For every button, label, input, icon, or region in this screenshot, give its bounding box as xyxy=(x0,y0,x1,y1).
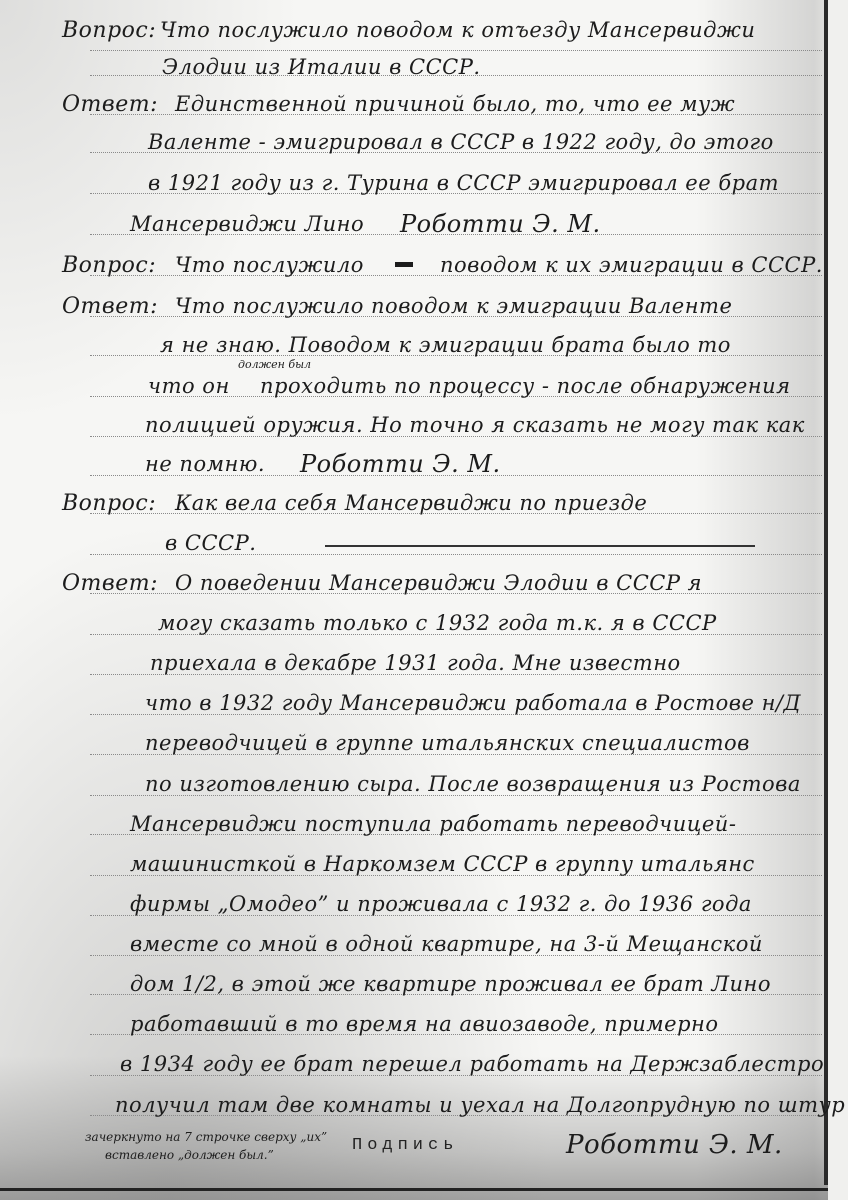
handwritten-line: работавший в то время на авиозаводе, при… xyxy=(130,1012,719,1036)
handwritten-line: по изготовлению сыра. После возвращения … xyxy=(145,772,801,796)
right-margin xyxy=(828,0,848,1200)
correction-note-line: зачеркнуто на 7 строчке сверху „их” xyxy=(85,1130,327,1144)
handwritten-line: приехала в декабре 1931 года. Мне извест… xyxy=(150,651,681,675)
handwritten-line: Что послужило xyxy=(175,253,364,277)
question-label: Вопрос: xyxy=(62,253,156,278)
handwritten-line: Что послужило поводом к эмиграции Валент… xyxy=(175,294,732,318)
handwritten-line: Единственной причиной было, то, что ее м… xyxy=(175,92,735,116)
handwritten-line: переводчицей в группе итальянских специа… xyxy=(145,731,750,755)
handwritten-line: фирмы „Омодео” и проживала с 1932 г. до … xyxy=(130,892,752,916)
handwritten-line: не помню. xyxy=(145,452,265,476)
fill-line xyxy=(325,545,755,547)
handwritten-line: Что послужило поводом к отъезду Мансерви… xyxy=(160,18,755,42)
answer-label: Ответ: xyxy=(62,294,158,319)
handwritten-line: дом 1/2, в этой же квартире проживал ее … xyxy=(130,972,771,996)
handwritten-line: проходить по процессу - после обнаружени… xyxy=(260,374,791,398)
signature: Роботти Э. М. xyxy=(400,210,601,238)
ruled-line xyxy=(90,50,822,51)
handwritten-line: Мансервиджи поступила работать переводчи… xyxy=(130,812,736,836)
final-signature: Роботти Э. М. xyxy=(566,1130,783,1160)
handwritten-line: что он xyxy=(148,374,230,398)
printed-signature-label: Подпись xyxy=(352,1136,458,1155)
handwritten-line: я не знаю. Поводом к эмиграции брата был… xyxy=(160,333,731,357)
handwritten-line: что в 1932 году Мансервиджи работала в Р… xyxy=(145,691,801,715)
handwritten-line: в СССР. xyxy=(165,531,256,555)
handwritten-line: Как вела себя Мансервиджи по приезде xyxy=(175,491,647,515)
handwritten-line: вместе со мной в одной квартире, на 3-й … xyxy=(130,932,763,956)
page-bottom-edge xyxy=(0,1188,828,1191)
handwritten-line: в 1921 году из г. Турина в СССР эмигриро… xyxy=(148,171,779,195)
answer-label: Ответ: xyxy=(62,571,158,596)
handwritten-line: в 1934 году ее брат перешел работать на … xyxy=(120,1052,824,1076)
handwritten-line: поводом к их эмиграции в СССР. xyxy=(440,253,823,277)
correction-note-line: вставлено „должен был.” xyxy=(105,1148,274,1162)
question-label: Вопрос: xyxy=(62,491,156,516)
handwritten-line: Мансервиджи Лино xyxy=(130,212,364,236)
handwritten-line: машинисткой в Наркомзем СССР в группу ит… xyxy=(130,852,755,876)
struck-word-mark xyxy=(395,262,413,267)
handwritten-line: Валенте - эмигрировал в СССР в 1922 году… xyxy=(148,130,774,154)
handwritten-line: Элодии из Италии в СССР. xyxy=(162,55,481,79)
signature: Роботти Э. М. xyxy=(300,450,501,478)
handwritten-line: О поведении Мансервиджи Элодии в СССР я xyxy=(175,571,702,595)
handwritten-line: полицией оружия. Но точно я сказать не м… xyxy=(145,413,805,437)
question-label: Вопрос: xyxy=(62,18,156,43)
answer-label: Ответ: xyxy=(62,92,158,117)
page-binding-edge xyxy=(824,0,828,1185)
handwritten-line: получил там две комнаты и уехал на Долго… xyxy=(115,1093,845,1117)
inserted-text: должен был xyxy=(238,358,311,371)
handwritten-line: могу сказать только с 1932 года т.к. я в… xyxy=(158,611,717,635)
